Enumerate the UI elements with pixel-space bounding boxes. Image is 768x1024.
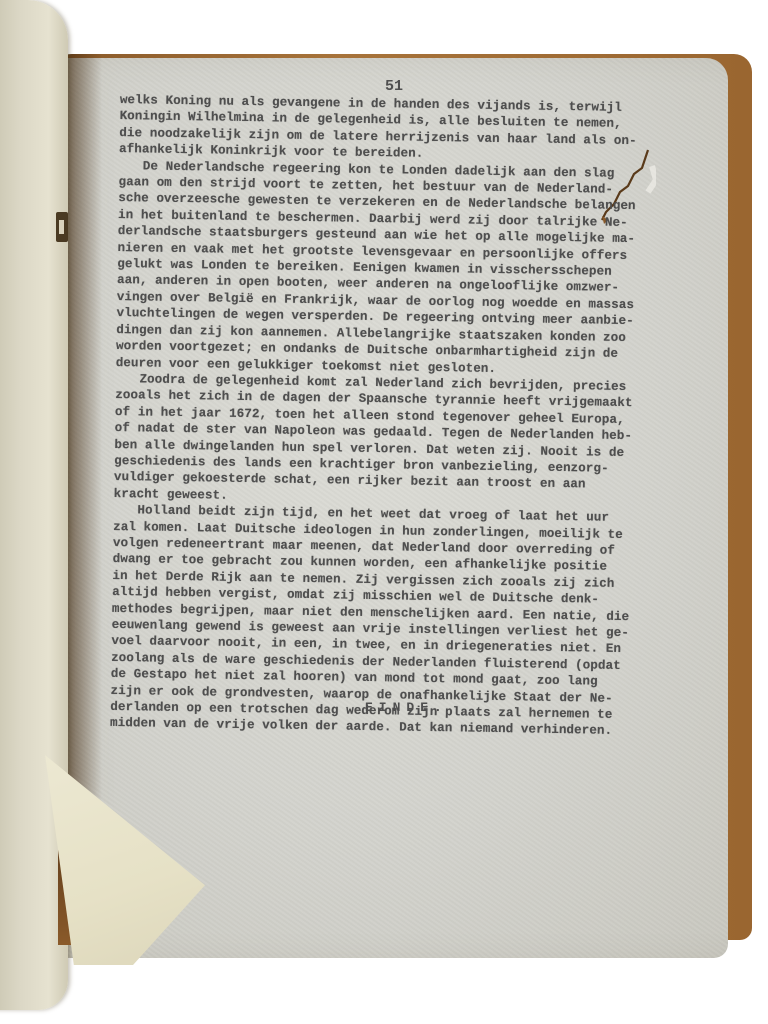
paragraph: Zoodra de gelegenheid komt zal Nederland…	[114, 371, 716, 512]
ending-mark: EINDE.	[365, 700, 448, 715]
typed-body-text: welks Koning nu als gevangene in de hand…	[110, 92, 720, 741]
previous-page-curl	[0, 0, 68, 1010]
binding-clip	[56, 212, 68, 242]
paragraph: welks Koning nu als gevangene in de hand…	[119, 92, 720, 167]
page-number: 51	[385, 78, 403, 95]
photo-scene: 51 welks Koning nu als gevangene in de h…	[0, 0, 768, 1024]
paragraph: De Nederlandsche regeering kon te Londen…	[116, 158, 719, 381]
